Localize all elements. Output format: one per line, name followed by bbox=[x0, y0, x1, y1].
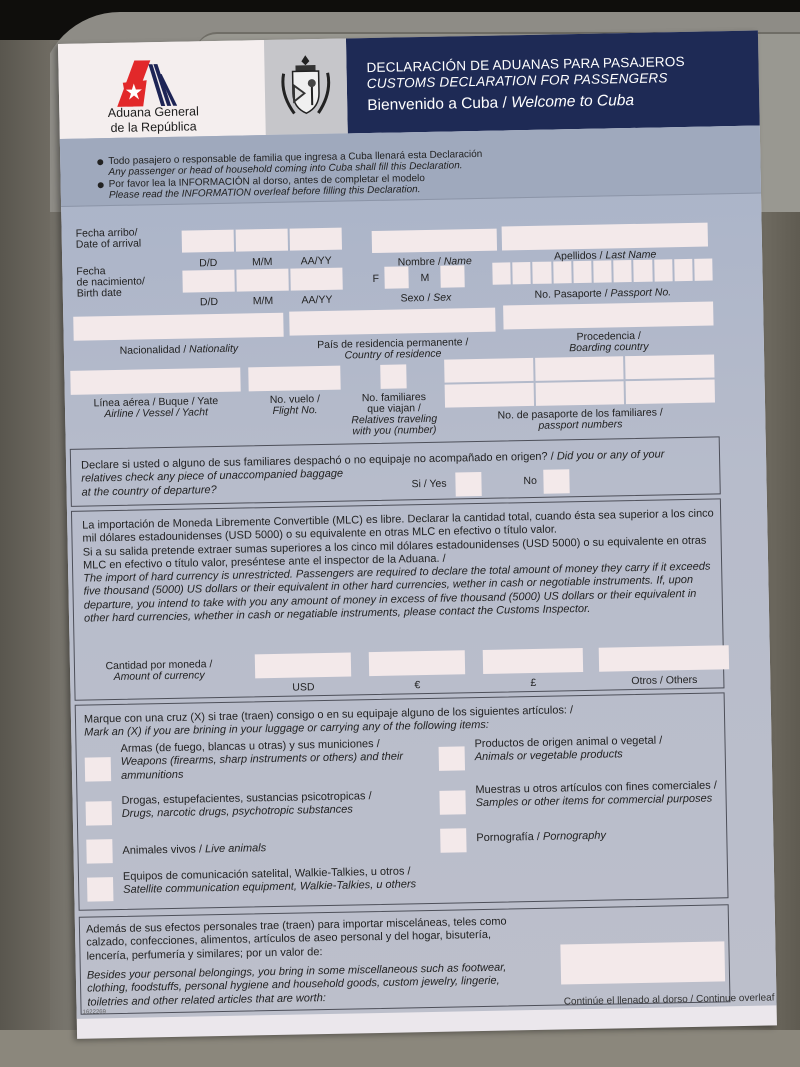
sex-label-es: Sexo / bbox=[400, 292, 433, 305]
agency-name: Aduana General de la República bbox=[103, 104, 204, 136]
arrival-day-input[interactable] bbox=[182, 230, 234, 253]
restricted-items-section: Marque con una cruz (X) si trae (traen) … bbox=[75, 692, 729, 910]
nationality-input[interactable] bbox=[73, 313, 283, 341]
pornography-checkbox[interactable] bbox=[440, 828, 466, 852]
live-animals-es: Animales vivos / bbox=[122, 843, 205, 857]
gbp-amount-input[interactable] bbox=[483, 648, 583, 674]
sex-label-en: Sex bbox=[433, 291, 451, 303]
passport-digit[interactable] bbox=[674, 259, 693, 281]
pornography-en: Pornography bbox=[543, 830, 606, 843]
satellite-equipment-checkbox[interactable] bbox=[87, 877, 113, 901]
instructions-banner: Todo pasajero o responsable de familia q… bbox=[60, 126, 761, 207]
sex-label: Sexo / Sex bbox=[381, 292, 471, 305]
live-animals-checkbox[interactable] bbox=[86, 839, 112, 863]
relative-passport-input[interactable] bbox=[444, 358, 533, 383]
form-title-block: DECLARACIÓN DE ADUANAS PARA PASAJEROS CU… bbox=[346, 31, 760, 134]
coat-of-arms-block bbox=[264, 38, 348, 135]
arrival-day-caption: D/D bbox=[182, 258, 234, 270]
birth-year-caption: AA/YY bbox=[291, 295, 343, 307]
sex-m-option-label: M bbox=[420, 273, 429, 284]
animal-vegetable-products-label: Productos de origen animal o vegetal /An… bbox=[474, 733, 734, 765]
flight-number-label: No. vuelo /Flight No. bbox=[249, 394, 341, 418]
flight-label-en: Flight No. bbox=[273, 404, 318, 417]
unaccompanied-baggage-section: Declare si usted o alguno de sus familia… bbox=[70, 436, 721, 506]
weapons-en: Weapons (firearms, sharp instruments or … bbox=[121, 751, 403, 782]
passport-digit[interactable] bbox=[634, 260, 653, 282]
passport-digit[interactable] bbox=[694, 258, 713, 280]
currency-text-en: The import of hard currency is unrestric… bbox=[83, 561, 710, 625]
nationality-label-es: Nacionalidad / bbox=[120, 344, 190, 357]
arrival-month-input[interactable] bbox=[236, 229, 288, 252]
misc-value-input[interactable] bbox=[560, 941, 725, 984]
commercial-samples-checkbox[interactable] bbox=[439, 790, 465, 814]
aduana-logo-icon bbox=[116, 60, 177, 109]
birth-date-label: Fechade nacimiento/Birth date bbox=[76, 265, 145, 299]
residence-country-input[interactable] bbox=[289, 308, 495, 336]
passport-label-en: Passport No. bbox=[610, 286, 671, 299]
other-currency-amount-input[interactable] bbox=[599, 645, 729, 671]
arrival-year-caption: AA/YY bbox=[290, 256, 342, 268]
arrival-date-label: Fecha arribo/Date of arrival bbox=[76, 227, 142, 250]
boarding-country-input[interactable] bbox=[503, 301, 713, 329]
airline-label-en: Airline / Vessel / Yacht bbox=[104, 406, 208, 420]
relatives-passports-grid[interactable] bbox=[444, 354, 715, 407]
passport-label-es: No. Pasaporte / bbox=[534, 287, 610, 300]
arrival-date-en: Date of arrival bbox=[76, 238, 142, 250]
birth-month-input[interactable] bbox=[236, 269, 288, 292]
passport-number-boxes[interactable] bbox=[492, 258, 712, 286]
satellite-equipment-label: Equipos de comunicación satelital, Walki… bbox=[123, 864, 483, 897]
misc-text-en: Besides your personal belongings, you br… bbox=[87, 961, 528, 1009]
passport-digit[interactable] bbox=[654, 259, 673, 281]
name-input[interactable] bbox=[372, 229, 497, 253]
drugs-checkbox[interactable] bbox=[86, 801, 112, 825]
relatives-passports-label: No. de pasaporte de los familiares /pass… bbox=[445, 406, 715, 433]
baggage-no-checkbox[interactable] bbox=[543, 469, 569, 493]
passport-digit[interactable] bbox=[573, 261, 592, 283]
baggage-question-en1: Did you or any of your bbox=[557, 448, 665, 462]
birth-date-en: Birth date bbox=[77, 287, 145, 299]
flight-number-input[interactable] bbox=[248, 366, 340, 392]
airline-label: Línea aérea / Buque / YateAirline / Vess… bbox=[71, 396, 241, 421]
live-animals-label: Animales vivos / Live animals bbox=[122, 839, 422, 858]
currency-declaration-section: La importación de Moneda Libremente Conv… bbox=[71, 498, 725, 700]
boarding-label-en: Boarding country bbox=[569, 341, 649, 355]
relative-passport-input[interactable] bbox=[625, 354, 714, 379]
amount-currency-label: Cantidad por moneda /Amount of currency bbox=[89, 659, 229, 684]
baggage-yes-label: Si / Yes bbox=[411, 479, 446, 491]
nationality-label: Nacionalidad / Nationality bbox=[74, 343, 284, 358]
eur-caption: € bbox=[369, 679, 465, 692]
sex-m-checkbox[interactable] bbox=[440, 265, 464, 287]
passport-digit[interactable] bbox=[593, 260, 612, 282]
birth-year-input[interactable] bbox=[290, 268, 342, 291]
boarding-country-label: Procedencia /Boarding country bbox=[504, 329, 714, 355]
baggage-yes-checkbox[interactable] bbox=[455, 472, 481, 496]
form-body: Todo pasajero o responsable de familia q… bbox=[60, 126, 777, 1019]
welcome-text: Bienvenido a Cuba / Welcome to Cuba bbox=[367, 90, 759, 116]
airline-input[interactable] bbox=[70, 368, 240, 395]
currency-text: La importación de Moneda Libremente Conv… bbox=[82, 507, 716, 625]
residence-label-en: Country of residence bbox=[344, 348, 441, 362]
pornography-label: Pornografía / Pornography bbox=[476, 827, 736, 845]
birth-day-input[interactable] bbox=[182, 270, 234, 293]
customs-declaration-form: Aduana General de la República DECLARACI… bbox=[58, 31, 777, 1039]
drugs-item-label: Drogas, estupefacientes, sustancias psic… bbox=[121, 789, 421, 821]
amount-label-en: Amount of currency bbox=[114, 669, 205, 683]
birth-month-caption: M/M bbox=[237, 296, 289, 308]
coat-of-arms-icon bbox=[278, 53, 333, 120]
relatives-count-en2: with you (number) bbox=[341, 425, 447, 438]
relatives-passports-en: passport numbers bbox=[538, 418, 622, 432]
eur-amount-input[interactable] bbox=[369, 650, 465, 676]
passport-digit[interactable] bbox=[492, 262, 511, 284]
usd-amount-input[interactable] bbox=[255, 652, 351, 678]
relative-passport-input[interactable] bbox=[445, 383, 534, 408]
agency-name-line2: de la República bbox=[103, 119, 203, 136]
relatives-count-label: No. familiaresque viajan /Relatives trav… bbox=[341, 392, 448, 438]
passport-label: No. Pasaporte / Passport No. bbox=[493, 286, 713, 301]
form-code: 1622269 bbox=[83, 1009, 106, 1015]
sex-f-option-label: F bbox=[372, 274, 379, 285]
last-name-input[interactable] bbox=[502, 223, 708, 251]
agency-logo-block: Aduana General de la República bbox=[58, 40, 266, 139]
relative-passport-input[interactable] bbox=[535, 381, 624, 406]
seat-edge bbox=[0, 40, 50, 1067]
nationality-label-en: Nationality bbox=[189, 343, 238, 356]
welcome-spanish: Bienvenido a Cuba / bbox=[367, 94, 511, 114]
pornography-es: Pornografía / bbox=[476, 831, 543, 844]
passport-digit[interactable] bbox=[533, 262, 552, 284]
animal-vegetable-products-checkbox[interactable] bbox=[439, 746, 465, 770]
misc-text-es: Además de sus efectos personales trae (t… bbox=[86, 915, 527, 963]
passport-digit[interactable] bbox=[613, 260, 632, 282]
form-header: Aduana General de la República DECLARACI… bbox=[58, 31, 760, 139]
welcome-english: Welcome to Cuba bbox=[511, 92, 634, 111]
weapons-checkbox[interactable] bbox=[85, 757, 111, 781]
other-currency-caption: Otros / Others bbox=[599, 674, 729, 687]
weapons-item-label: Armas (de fuego, blancas u otras) y sus … bbox=[120, 737, 421, 783]
baggage-no-label: No bbox=[523, 476, 537, 487]
baggage-question: Declare si usted o alguno de sus familia… bbox=[81, 448, 712, 500]
baggage-question-en3: at the country of departure? bbox=[81, 484, 216, 499]
relatives-count-input[interactable] bbox=[380, 364, 406, 388]
notice-2: Por favor lea la INFORMACIÓN al dorso, a… bbox=[109, 173, 426, 201]
notice-1: Todo pasajero o responsable de familia q… bbox=[108, 149, 482, 178]
relative-passport-input[interactable] bbox=[535, 356, 624, 381]
relative-passport-input[interactable] bbox=[626, 379, 715, 404]
commercial-samples-label: Muestras u otros artículos con fines com… bbox=[475, 779, 745, 811]
gbp-caption: £ bbox=[483, 677, 583, 690]
misc-text-en-italic: Besides your personal belongings, you br… bbox=[87, 962, 507, 1009]
birth-day-caption: D/D bbox=[183, 297, 235, 309]
passport-digit[interactable] bbox=[512, 262, 531, 284]
arrival-month-caption: M/M bbox=[236, 257, 288, 269]
passport-digit[interactable] bbox=[553, 261, 572, 283]
arrival-year-input[interactable] bbox=[290, 228, 342, 251]
live-animals-en: Live animals bbox=[205, 842, 266, 855]
usd-caption: USD bbox=[255, 681, 351, 694]
sex-f-checkbox[interactable] bbox=[384, 266, 408, 288]
products-en: Animals or vegetable products bbox=[475, 749, 623, 764]
